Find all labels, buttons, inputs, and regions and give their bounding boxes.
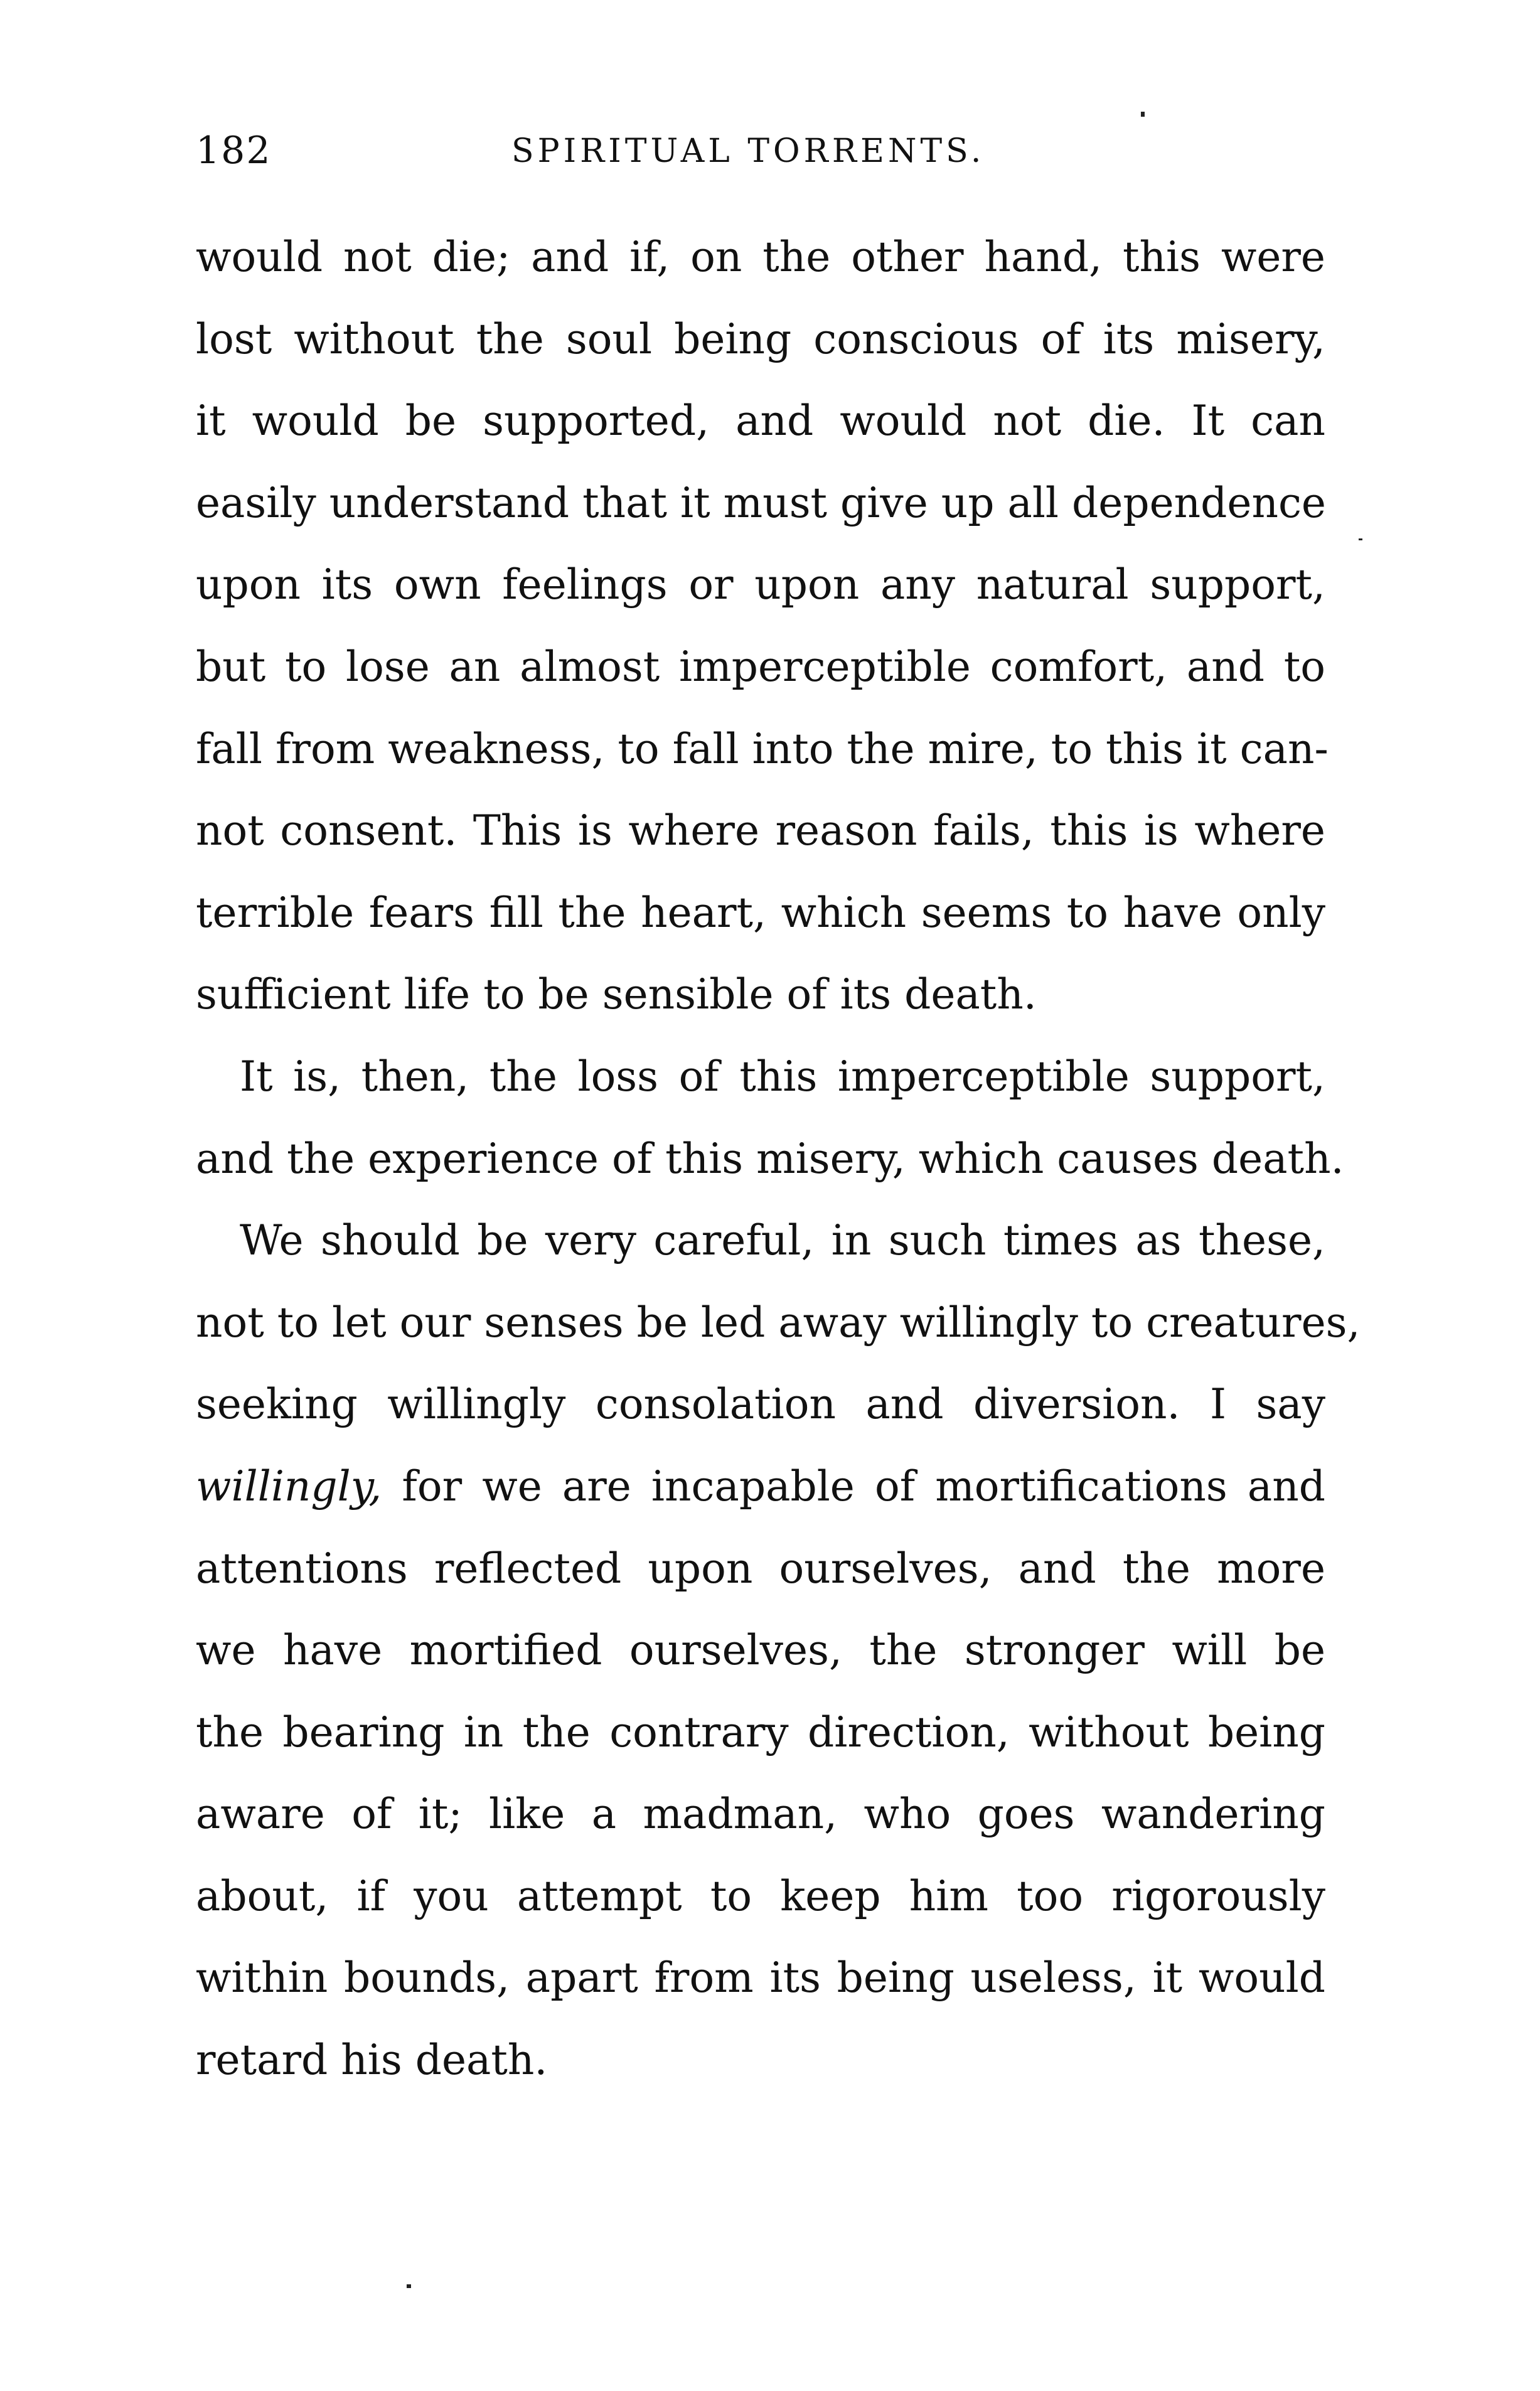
text-line: not to let our senses be led away willin… (196, 1282, 1325, 1364)
text-line: not consent. This is where reason fails,… (196, 790, 1325, 872)
scan-speck (663, 1976, 666, 1979)
text-line: it would be supported, and would not die… (196, 380, 1325, 463)
text-line: and the experience of this misery, which… (196, 1118, 1325, 1201)
book-page: 182 SPIRITUAL TORRENTS. would not die; a… (0, 0, 1540, 2391)
text-line: attentions reflected upon ourselves, and… (196, 1528, 1325, 1610)
page-header: 182 SPIRITUAL TORRENTS. (196, 129, 1325, 198)
text-line: about, if you attempt to keep him too ri… (196, 1856, 1325, 1938)
text-line: within bounds, apart from its being usel… (196, 1937, 1325, 2019)
text-line: It is, then, the loss of this impercepti… (196, 1036, 1325, 1118)
running-title: SPIRITUAL TORRENTS. (511, 132, 985, 170)
text-line: sufficient life to be sensible of its de… (196, 954, 1325, 1036)
scan-speck (1359, 538, 1362, 540)
page-number: 182 (196, 129, 272, 173)
text-line: lost without the soul being conscious of… (196, 299, 1325, 381)
text-line: fall from weakness, to fall into the mir… (196, 709, 1325, 791)
text-line: We should be very careful, in such times… (196, 1200, 1325, 1282)
italic-word: willingly, (196, 1462, 382, 1511)
text-line: terrible fears fill the heart, which see… (196, 872, 1325, 955)
text-line: easily understand that it must give up a… (196, 463, 1325, 545)
text-line-with-italic: willingly, for we are incapable of morti… (196, 1446, 1325, 1528)
text-line: we have mortified ourselves, the stronge… (196, 1610, 1325, 1692)
scan-speck (1141, 112, 1145, 117)
text-line: seeking willingly consolation and divers… (196, 1364, 1325, 1446)
text-span: for we are incapable of mortifications a… (402, 1462, 1325, 1511)
scan-speck (407, 2284, 411, 2288)
text-line: the bearing in the contrary direction, w… (196, 1692, 1325, 1774)
text-line: upon its own feelings or upon any natura… (196, 544, 1325, 626)
text-line: retard his death. (196, 2019, 1325, 2102)
text-line: but to lose an almost imperceptible comf… (196, 626, 1325, 709)
text-line: would not die; and if, on the other hand… (196, 217, 1325, 299)
text-line: aware of it; like a madman, who goes wan… (196, 1773, 1325, 1856)
page-body: would not die; and if, on the other hand… (196, 217, 1325, 2102)
